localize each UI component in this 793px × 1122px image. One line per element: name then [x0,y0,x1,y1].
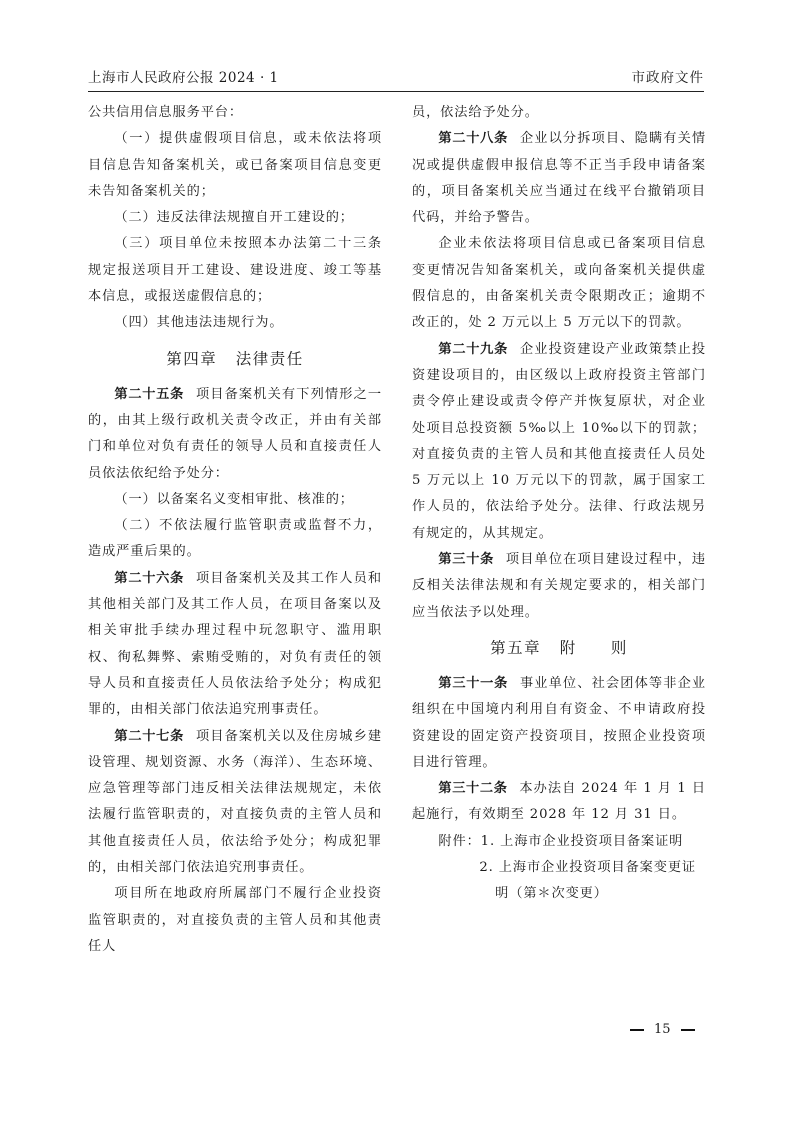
attachments-label: 附件： [438,834,480,849]
article-label: 第二十七条 [114,729,184,744]
list-item: （一）以备案名义变相审批、核准的； [88,487,382,513]
attachment-item: 2. 上海市企业投资项目备案变更证 [412,855,706,881]
article-27: 第二十七条项目备案机关以及住房城乡建设管理、规划资源、水务（海洋）、生态环境、应… [88,724,382,882]
article-label: 第二十六条 [114,571,184,586]
header-divider [88,91,704,92]
article-label: 第二十九条 [438,342,508,357]
paragraph: 企业未依法将项目信息或已备案项目信息变更情况告知备案机关，或向备案机关提供虚假信… [412,231,706,336]
right-column: 员，依法给予处分。 第二十八条企业以分拆项目、隐瞒有关情况或提供虚假申报信息等不… [412,100,706,908]
chapter-number: 第五章 [490,639,541,657]
chapter-number: 第四章 [166,350,217,368]
article-label: 第二十五条 [114,387,184,402]
article-label: 第二十八条 [438,131,508,146]
dash-decoration [681,1029,695,1031]
article-30: 第三十条项目单位在项目建设过程中，违反相关法律法规和有关规定要求的，相关部门应当… [412,547,706,626]
page-number: 15 [620,1022,705,1037]
paragraph: 员，依法给予处分。 [412,100,706,126]
chapter-heading: 第五章附则 [412,635,706,661]
attachment-item: 1. 上海市企业投资项目备案证明 [481,834,684,849]
article-31: 第三十一条事业单位、社会团体等非企业组织在中国境内利用自有资金、不申请政府投资建… [412,671,706,776]
article-text: 项目备案机关以及住房城乡建设管理、规划资源、水务（海洋）、生态环境、应急管理等部… [88,729,382,875]
publication-title: 上海市人民政府公报 2024 · 1 [88,66,279,86]
paragraph: 项目所在地政府所属部门不履行企业投资监管职责的，对直接负责的主管人员和其他责任人 [88,881,382,960]
article-32: 第三十二条本办法自 2024 年 1 月 1 日起施行，有效期至 2028 年 … [412,776,706,829]
chapter-heading: 第四章法律责任 [88,346,382,372]
article-29: 第二十九条企业投资建设产业政策禁止投资建设项目的，由区级以上政府投资主管部门责令… [412,337,706,547]
article-28: 第二十八条企业以分拆项目、隐瞒有关情况或提供虚假申报信息等不正当手段申请备案的，… [412,126,706,231]
article-text: 企业投资建设产业政策禁止投资建设项目的，由区级以上政府投资主管部门责令停止建设或… [412,342,706,541]
article-25: 第二十五条项目备案机关有下列情形之一的，由其上级行政机关责令改正，并由有关部门和… [88,382,382,487]
article-label: 第三十二条 [438,781,507,796]
chapter-title-part: 附 [560,639,577,657]
dash-decoration [630,1029,644,1031]
paragraph: 公共信用信息服务平台： [88,100,382,126]
article-label: 第三十一条 [438,676,508,691]
chapter-title-part: 则 [611,639,628,657]
article-label: 第三十条 [438,552,494,567]
page-number-text: 15 [654,1022,671,1037]
article-text: 项目备案机关及其工作人员和其他相关部门及其工作人员，在项目备案以及相关审批手续办… [88,571,382,717]
section-title: 市政府文件 [632,66,705,86]
list-item: （二）违反法律法规擅自开工建设的； [88,205,382,231]
chapter-title: 法律责任 [236,350,304,368]
left-column: 公共信用信息服务平台： （一）提供虚假项目信息，或未依法将项目信息告知备案机关，… [88,100,382,960]
article-26: 第二十六条项目备案机关及其工作人员和其他相关部门及其工作人员，在项目备案以及相关… [88,566,382,724]
list-item: （一）提供虚假项目信息，或未依法将项目信息告知备案机关，或已备案项目信息变更未告… [88,126,382,205]
page-header: 上海市人民政府公报 2024 · 1 市政府文件 [88,66,704,90]
attachments: 附件：1. 上海市企业投资项目备案证明 [412,829,706,855]
list-item: （三）项目单位未按照本办法第二十三条规定报送项目开工建设、建设进度、竣工等基本信… [88,231,382,310]
attachment-item-continued: 明（第＊次变更） [412,881,706,907]
list-item: （四）其他违法违规行为。 [88,310,382,336]
list-item: （二）不依法履行监管职责或监督不力，造成严重后果的。 [88,513,382,566]
